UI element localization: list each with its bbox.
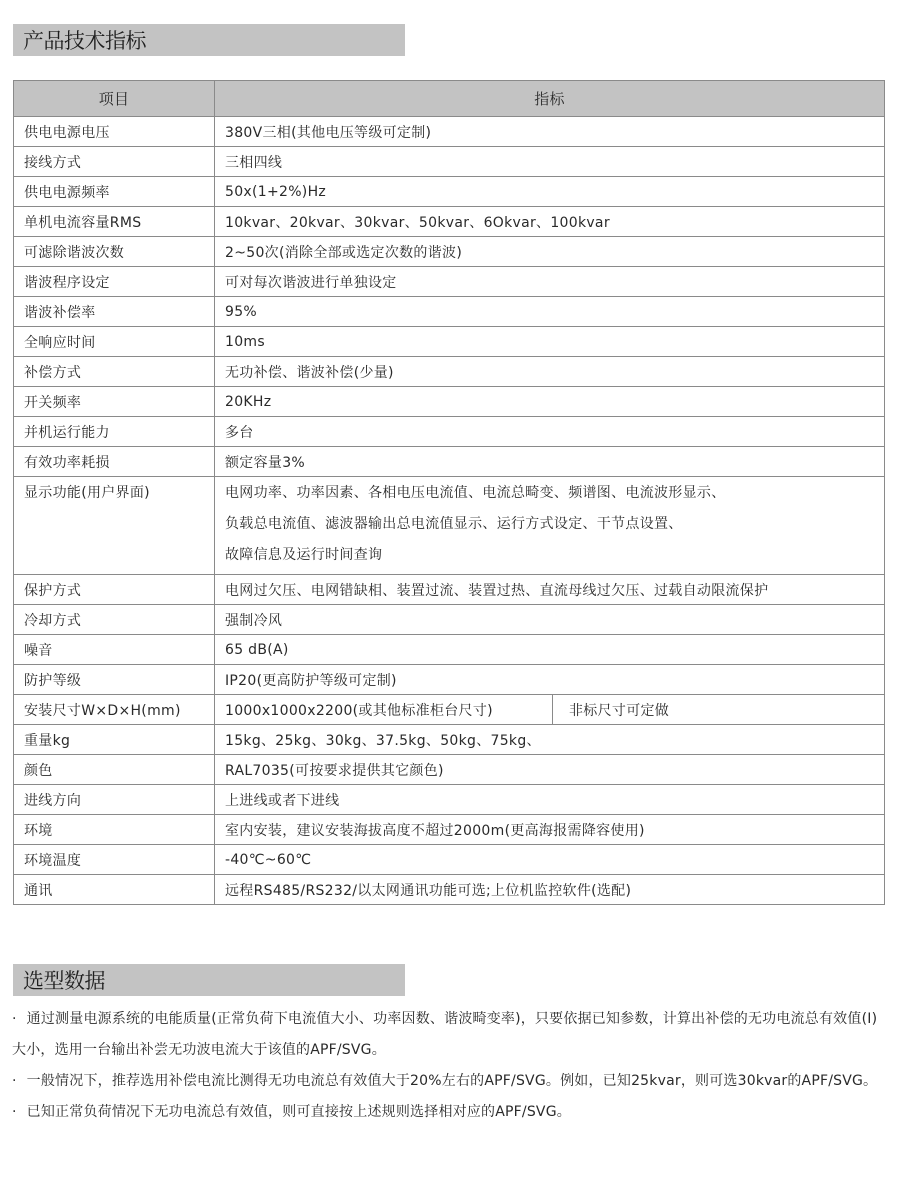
row-label: 全响应时间 xyxy=(14,327,215,357)
row-value: 强制冷风 xyxy=(215,605,885,635)
selection-notes: ·通过测量电源系统的电能质量(正常负荷下电流值大小、功率因数、谐波畸变率)，只要… xyxy=(12,1004,888,1128)
row-label: 单机电流容量RMS xyxy=(14,207,215,237)
column-header-item: 项目 xyxy=(14,81,215,117)
row-value-line: 电网功率、功率因素、各相电压电流值、电流总畸变、频谱图、电流波形显示、 xyxy=(225,481,884,512)
row-value: RAL7035(可按要求提供其它颜色) xyxy=(215,755,885,785)
row-label: 谐波程序设定 xyxy=(14,267,215,297)
row-label: 补偿方式 xyxy=(14,357,215,387)
row-label: 接线方式 xyxy=(14,147,215,177)
row-value: 10ms xyxy=(215,327,885,357)
row-value: 上进线或者下进线 xyxy=(215,785,885,815)
bullet-icon: · xyxy=(12,1104,17,1120)
row-label: 供电电源电压 xyxy=(14,117,215,147)
row-label: 保护方式 xyxy=(14,575,215,605)
table-row-display-functions: 显示功能(用户界面) 电网功率、功率因素、各相电压电流值、电流总畸变、频谱图、电… xyxy=(14,477,885,575)
row-label: 颜色 xyxy=(14,755,215,785)
row-label: 供电电源频率 xyxy=(14,177,215,207)
row-value-extra: 非标尺寸可定做 xyxy=(553,695,885,725)
section-title-selection: 选型数据 xyxy=(13,964,405,996)
table-row: 谐波程序设定可对每次谐波进行单独设定 xyxy=(14,267,885,297)
row-label: 噪音 xyxy=(14,635,215,665)
table-row: 噪音65 dB(A) xyxy=(14,635,885,665)
row-value: 50x(1+2%)Hz xyxy=(215,177,885,207)
table-row: 接线方式三相四线 xyxy=(14,147,885,177)
table-row: 全响应时间10ms xyxy=(14,327,885,357)
row-value: 15kg、25kg、30kg、37.5kg、50kg、75kg、 xyxy=(215,725,885,755)
row-value: 1000x1000x2200(或其他标准柜台尺寸) xyxy=(215,695,553,725)
table-row: 冷却方式强制冷风 xyxy=(14,605,885,635)
row-value: 多台 xyxy=(215,417,885,447)
table-row: 谐波补偿率95% xyxy=(14,297,885,327)
row-label: 开关频率 xyxy=(14,387,215,417)
row-label: 可滤除谐波次数 xyxy=(14,237,215,267)
row-value: 2~50次(消除全部或选定次数的谐波) xyxy=(215,237,885,267)
table-row: 并机运行能力多台 xyxy=(14,417,885,447)
table-row: 供电电源频率50x(1+2%)Hz xyxy=(14,177,885,207)
bullet-icon: · xyxy=(12,1073,17,1089)
table-row: 环境室内安装，建议安装海拔高度不超过2000m(更高海报需降容使用) xyxy=(14,815,885,845)
row-value: 10kvar、20kvar、30kvar、50kvar、6Okvar、100kv… xyxy=(215,207,885,237)
row-label-text: 显示功能(用户界面) xyxy=(24,481,214,512)
row-value: 380V三相(其他电压等级可定制) xyxy=(215,117,885,147)
note-text: 通过测量电源系统的电能质量(正常负荷下电流值大小、功率因数、谐波畸变率)，只要依… xyxy=(12,1011,877,1058)
table-row: 补偿方式无功补偿、谐波补偿(少量) xyxy=(14,357,885,387)
table-row: 单机电流容量RMS10kvar、20kvar、30kvar、50kvar、6Ok… xyxy=(14,207,885,237)
row-value: 20KHz xyxy=(215,387,885,417)
table-row: 有效功率耗损额定容量3% xyxy=(14,447,885,477)
row-value-line: 故障信息及运行时间查询 xyxy=(225,543,884,574)
row-value: 无功补偿、谐波补偿(少量) xyxy=(215,357,885,387)
table-row: 进线方向上进线或者下进线 xyxy=(14,785,885,815)
row-value: IP20(更高防护等级可定制) xyxy=(215,665,885,695)
row-label: 安装尺寸W×D×H(mm) xyxy=(14,695,215,725)
row-label: 环境 xyxy=(14,815,215,845)
table-row: 通讯远程RS485/RS232/以太网通讯功能可选;上位机监控软件(选配) xyxy=(14,875,885,905)
row-label: 重量kg xyxy=(14,725,215,755)
note-text: 一般情况下，推荐选用补偿电流比测得无功电流总有效值大于20%左右的APF/SVG… xyxy=(27,1073,878,1089)
row-value: 远程RS485/RS232/以太网通讯功能可选;上位机监控软件(选配) xyxy=(215,875,885,905)
table-row: 重量kg15kg、25kg、30kg、37.5kg、50kg、75kg、 xyxy=(14,725,885,755)
table-row: 供电电源电压380V三相(其他电压等级可定制) xyxy=(14,117,885,147)
row-value: 室内安装，建议安装海拔高度不超过2000m(更高海报需降容使用) xyxy=(215,815,885,845)
note-paragraph: ·通过测量电源系统的电能质量(正常负荷下电流值大小、功率因数、谐波畸变率)，只要… xyxy=(12,1004,888,1066)
table-row: 环境温度-40℃~60℃ xyxy=(14,845,885,875)
row-label: 谐波补偿率 xyxy=(14,297,215,327)
column-header-spec: 指标 xyxy=(215,81,885,117)
row-value: 三相四线 xyxy=(215,147,885,177)
table-row: 颜色RAL7035(可按要求提供其它颜色) xyxy=(14,755,885,785)
row-value: -40℃~60℃ xyxy=(215,845,885,875)
table-row: 可滤除谐波次数2~50次(消除全部或选定次数的谐波) xyxy=(14,237,885,267)
row-value: 额定容量3% xyxy=(215,447,885,477)
table-header-row: 项目 指标 xyxy=(14,81,885,117)
row-label: 冷却方式 xyxy=(14,605,215,635)
table-row: 保护方式电网过欠压、电网错缺相、装置过流、装置过热、直流母线过欠压、过载自动限流… xyxy=(14,575,885,605)
row-value: 65 dB(A) xyxy=(215,635,885,665)
table-row: 防护等级IP20(更高防护等级可定制) xyxy=(14,665,885,695)
spec-table: 项目 指标 供电电源电压380V三相(其他电压等级可定制) 接线方式三相四线 供… xyxy=(13,80,885,905)
row-label: 并机运行能力 xyxy=(14,417,215,447)
row-value: 95% xyxy=(215,297,885,327)
table-row-dimensions: 安装尺寸W×D×H(mm) 1000x1000x2200(或其他标准柜台尺寸) … xyxy=(14,695,885,725)
note-paragraph: ·一般情况下，推荐选用补偿电流比测得无功电流总有效值大于20%左右的APF/SV… xyxy=(12,1066,888,1097)
row-value-line: 负载总电流值、滤波器输出总电流值显示、运行方式设定、干节点设置、 xyxy=(225,512,884,543)
row-label: 进线方向 xyxy=(14,785,215,815)
section-title-specs: 产品技术指标 xyxy=(13,24,405,56)
row-value: 电网过欠压、电网错缺相、装置过流、装置过热、直流母线过欠压、过载自动限流保护 xyxy=(215,575,885,605)
row-label: 有效功率耗损 xyxy=(14,447,215,477)
row-value: 可对每次谐波进行单独设定 xyxy=(215,267,885,297)
note-paragraph: ·已知正常负荷情况下无功电流总有效值，则可直接按上述规则选择相对应的APF/SV… xyxy=(12,1097,888,1128)
row-label: 显示功能(用户界面) xyxy=(14,477,215,575)
row-label: 环境温度 xyxy=(14,845,215,875)
row-value: 电网功率、功率因素、各相电压电流值、电流总畸变、频谱图、电流波形显示、 负载总电… xyxy=(215,477,885,575)
bullet-icon: · xyxy=(12,1011,17,1027)
note-text: 已知正常负荷情况下无功电流总有效值，则可直接按上述规则选择相对应的APF/SVG… xyxy=(27,1104,571,1120)
row-label: 防护等级 xyxy=(14,665,215,695)
table-row: 开关频率20KHz xyxy=(14,387,885,417)
row-label: 通讯 xyxy=(14,875,215,905)
